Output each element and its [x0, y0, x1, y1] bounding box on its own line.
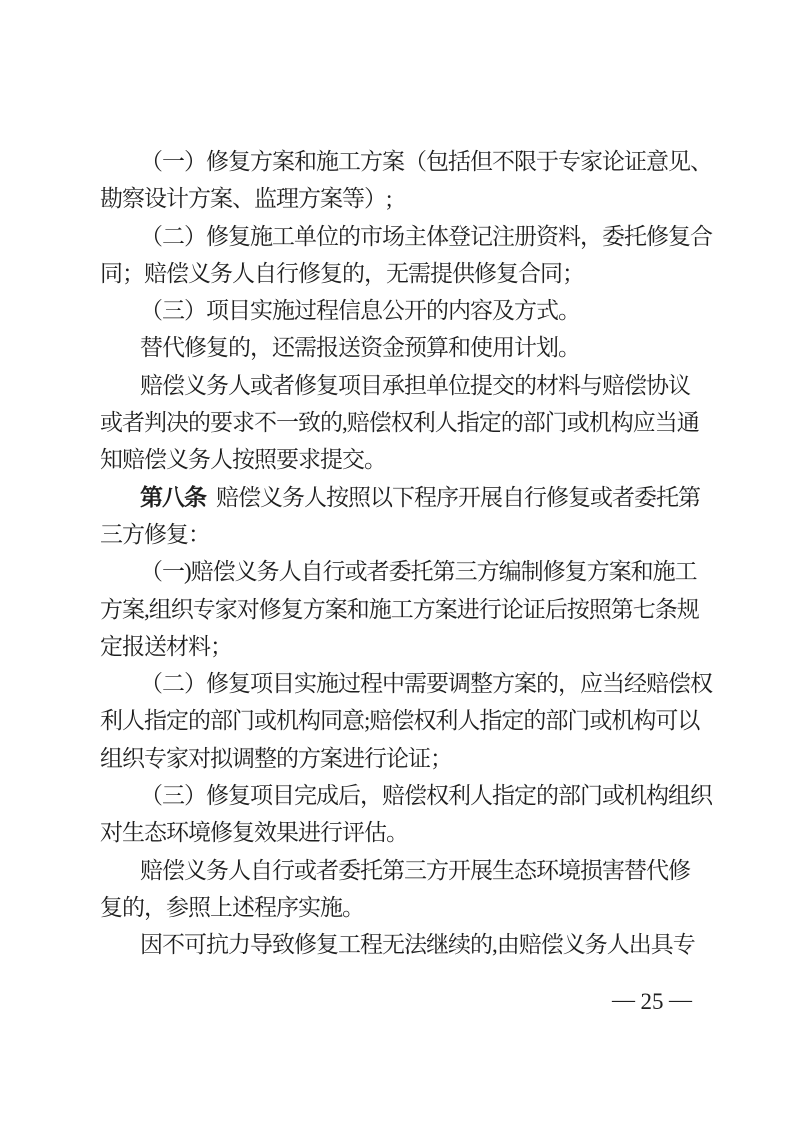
text-line: 替代修复的，还需报送资金预算和使用计划。 — [100, 329, 700, 366]
page-number: — 25 — — [612, 988, 692, 1016]
text-line: 勘察设计方案、监理方案等）; — [100, 180, 700, 217]
page-number-dash-right: — — [669, 986, 692, 1014]
text-line: 定报送材料； — [100, 628, 700, 665]
text-line: 方案,组织专家对修复方案和施工方案进行论证后按照第七条规 — [100, 591, 700, 628]
text-line: 知赔偿义务人按照要求提交。 — [100, 441, 700, 478]
page-number-dash-left: — — [612, 986, 635, 1014]
text-line: （三）修复项目完成后，赔偿权利人指定的部门或机构组织 — [100, 777, 700, 814]
text-line: （二）修复项目实施过程中需要调整方案的，应当经赔偿权 — [100, 665, 700, 702]
text-line: （一)赔偿义务人自行或者委托第三方编制修复方案和施工 — [100, 553, 700, 590]
text-line: 第八条赔偿义务人按照以下程序开展自行修复或者委托第 — [100, 479, 700, 516]
text-line: 对生态环境修复效果进行评估。 — [100, 814, 700, 851]
article-number-label: 第八条 — [140, 485, 206, 510]
text-line: （一）修复方案和施工方案（包括但不限于专家论证意见、 — [100, 143, 700, 180]
page-number-value: 25 — [641, 988, 664, 1016]
document-page: （一）修复方案和施工方案（包括但不限于专家论证意见、勘察设计方案、监理方案等）;… — [0, 0, 793, 1122]
text-line: 利人指定的部门或机构同意;赔偿权利人指定的部门或机构可以 — [100, 702, 700, 739]
text-line: 复的，参照上述程序实施。 — [100, 889, 700, 926]
text-line: 因不可抗力导致修复工程无法继续的,由赔偿义务人出具专 — [100, 926, 700, 963]
text-line: 三方修复： — [100, 516, 700, 553]
text-line: 或者判决的要求不一致的,赔偿权利人指定的部门或机构应当通 — [100, 404, 700, 441]
text-line: 赔偿义务人或者修复项目承担单位提交的材料与赔偿协议 — [100, 367, 700, 404]
text-line: （二）修复施工单位的市场主体登记注册资料，委托修复合 — [100, 218, 700, 255]
text-line: 同；赔偿义务人自行修复的，无需提供修复合同； — [100, 255, 700, 292]
text-block: （一）修复方案和施工方案（包括但不限于专家论证意见、勘察设计方案、监理方案等）;… — [100, 143, 700, 964]
text-line: （三）项目实施过程信息公开的内容及方式。 — [100, 292, 700, 329]
text-line: 赔偿义务人自行或者委托第三方开展生态环境损害替代修 — [100, 852, 700, 889]
text-line: 组织专家对拟调整的方案进行论证； — [100, 740, 700, 777]
